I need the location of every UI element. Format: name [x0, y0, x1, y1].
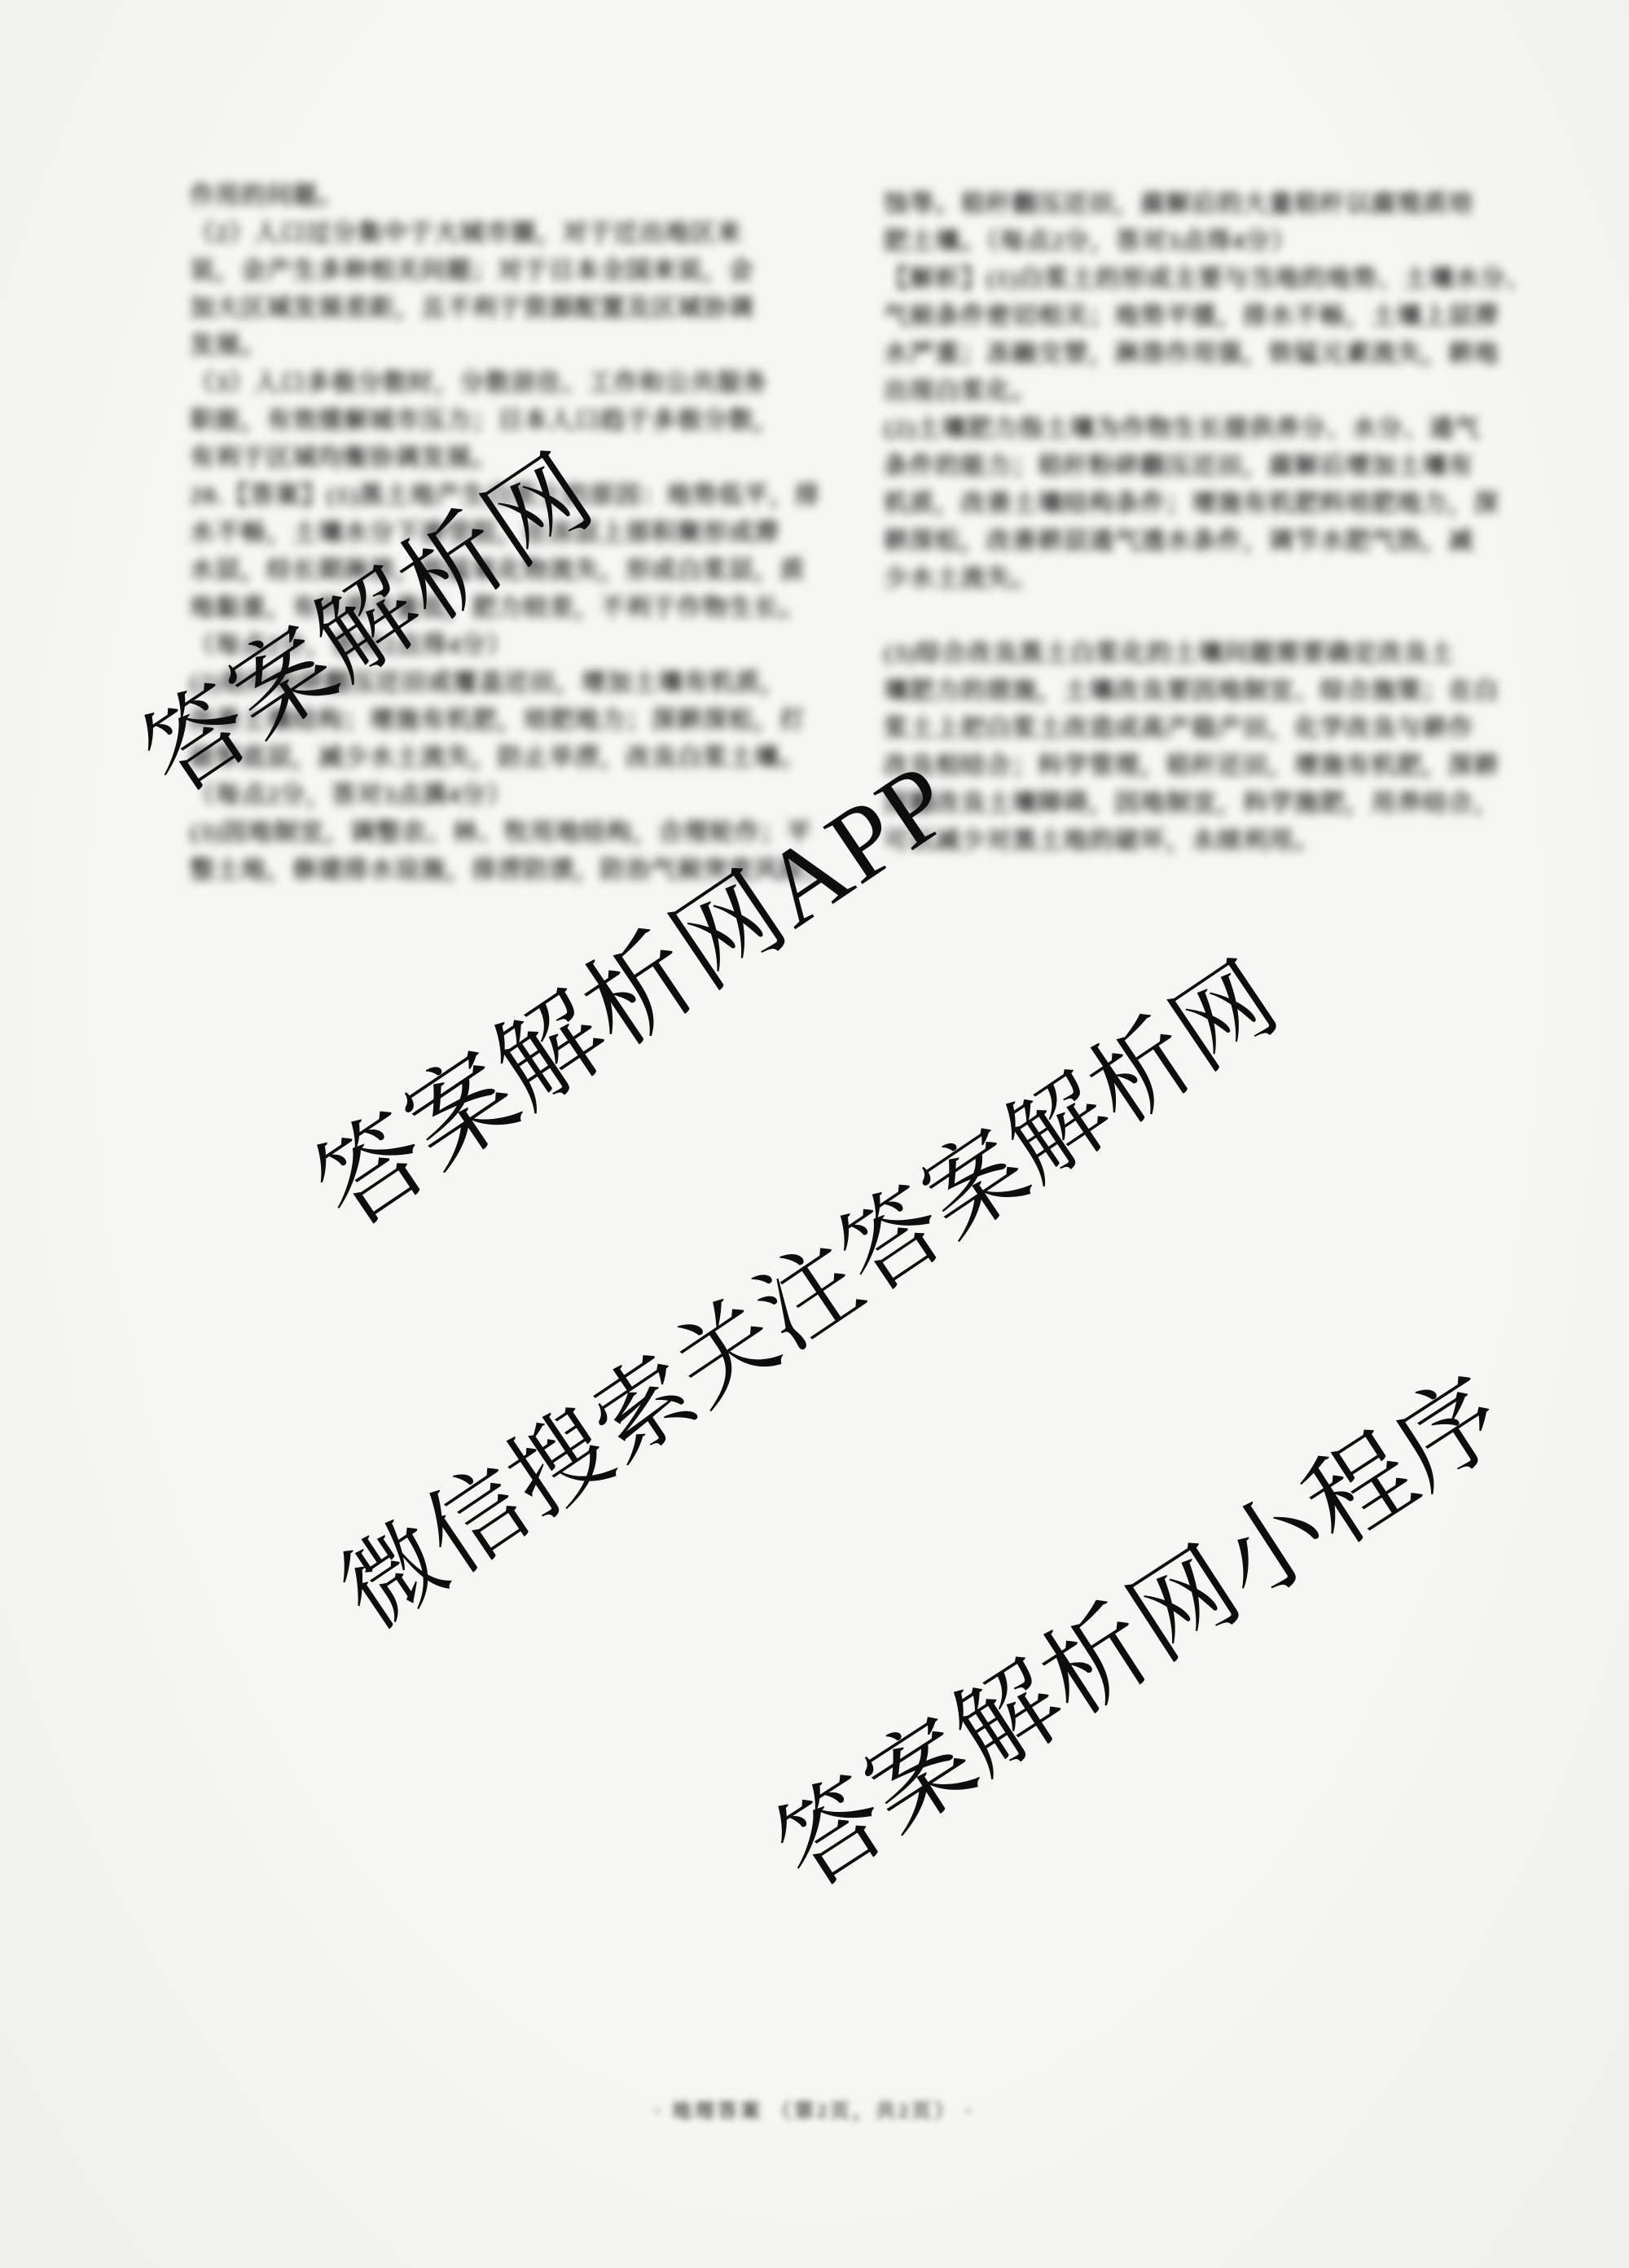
answer-paragraph: 作用的问题。 — [190, 178, 768, 215]
text-line: 壤肥力的措施，土壤改良要因地制宜、综合施策；在白 — [884, 673, 1466, 710]
text-line: 少水土流失。 — [884, 560, 1466, 598]
text-line: 作用的问题。 — [190, 178, 768, 215]
text-line: 肥土壤。（每点2分，答对3点得4分） — [884, 223, 1466, 261]
text-line: （每点2分，答对3点满4分） — [190, 777, 768, 814]
text-line: 加大区域发展差距，且不利于资源配置及区域协调 — [190, 290, 768, 327]
scanned-answer-page: 作用的问题。（2）人口过分集中于大城市圈，对于迁出地区来说，会产生多种相关问题；… — [0, 0, 1629, 2268]
watermark-mini-program: 答案解析网小程序 — [744, 1334, 1530, 1916]
text-line: 条件的能力；秸秆粉碎翻压还田，腐解后增加土壤有 — [884, 448, 1466, 485]
text-line: 气候条件密切相关；地势平缓，排水不畅，土壤上层滞 — [884, 298, 1466, 336]
answer-paragraph: （2）人口过分集中于大城市圈，对于迁出地区来说，会产生多种相关问题；对于日本全国… — [190, 215, 768, 365]
answer-paragraph: (3)综合改良黑土白浆化的土壤问题需要确定改良土壤肥力的措施，土壤改良要因地制宜… — [884, 635, 1466, 860]
text-line: (3)综合改良黑土白浆化的土壤问题需要确定改良土 — [884, 635, 1466, 673]
text-line: 改良相结合；科学管理，秸秆还田，增施有机肥，深耕 — [884, 748, 1466, 785]
answer-paragraph: (2)土壤肥力指土壤为作物生长提供养分、水分、通气条件的能力；秸秆粉碎翻压还田，… — [884, 410, 1466, 598]
answer-column-right: 蚀等。秸秆翻压还田，腐解后的大量秸秆以腐殖质培肥土壤。（每点2分，答对3点得4分… — [884, 186, 1466, 860]
answer-paragraph: 蚀等。秸秆翻压还田，腐解后的大量秸秆以腐殖质培肥土壤。（每点2分，答对3点得4分… — [884, 186, 1466, 261]
text-line: (2)土壤肥力指土壤为作物生长提供养分、水分、通气 — [884, 410, 1466, 448]
text-line: 水严重；冻融交替，淋溶作用强，铁锰元素流失，耕地 — [884, 336, 1466, 373]
text-line: 说，会产生多种相关问题；对于日本全国来说，会 — [190, 252, 768, 290]
text-line: 职能，有效缓解城市压力；日本人口趋于多极分散， — [190, 402, 768, 440]
text-line: 蚀等。秸秆翻压还田，腐解后的大量秸秆以腐殖质培 — [884, 186, 1466, 223]
text-line: （3）人口多极分散时，分散居住、工作和公共服务 — [190, 365, 768, 402]
text-line: 发展。 — [190, 327, 768, 365]
text-line: 【解析】(1)白浆土的形成主要与当地的地势、土壤水分、 — [884, 261, 1466, 298]
answer-paragraph: 【解析】(1)白浆土的形成主要与当地的地势、土壤水分、气候条件密切相关；地势平缓… — [884, 261, 1466, 410]
text-line: (3)因地制宜，调整农、林、牧用地结构，合理轮作；平 — [190, 814, 768, 852]
text-line: 深翻改良土壤障碍，因地制宜，科学施肥，用养结合， — [884, 785, 1466, 823]
text-line: 浆土上把白浆土改造成高产稳产田，化学改良与耕作 — [884, 710, 1466, 748]
text-line: （2）人口过分集中于大城市圈，对于迁出地区来 — [190, 215, 768, 252]
page-footer: · 地理答案 （第2页，共2页） · — [0, 2095, 1629, 2123]
text-line: 机质，改善土壤结构条件；增施有机肥料培肥地力，深 — [884, 485, 1466, 523]
text-line: 出现白浆化。 — [884, 373, 1466, 410]
text-line: 耕深松，改善耕层通气透水条件，调节水肥气热，减 — [884, 523, 1466, 560]
